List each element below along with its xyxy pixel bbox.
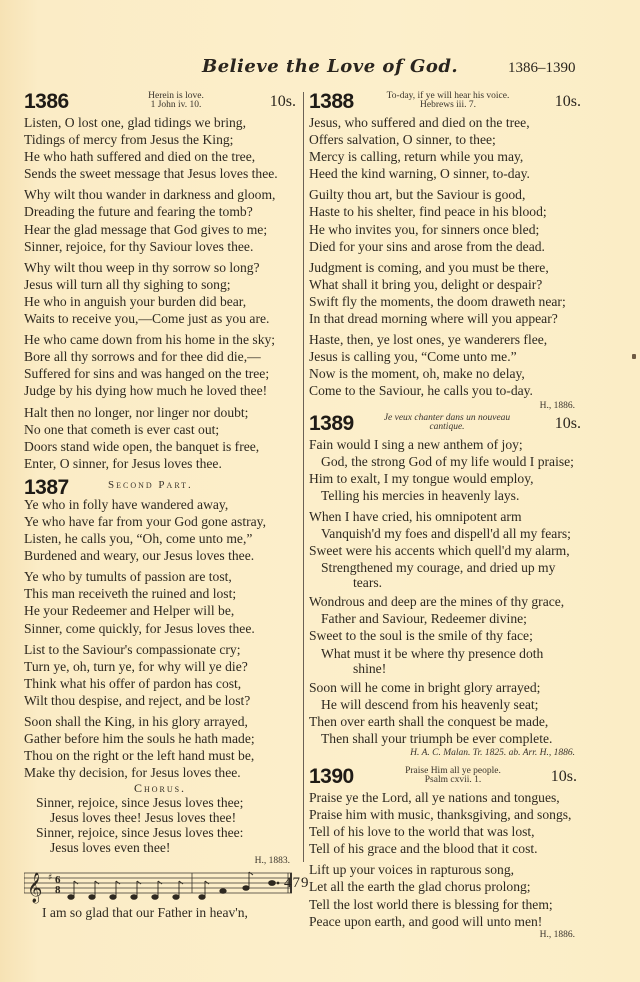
verse-line: Guilty thou art, but the Saviour is good… — [309, 186, 591, 203]
chorus-label: Chorus. — [24, 781, 296, 795]
verse-line-turnover: shine! — [309, 662, 591, 675]
hymn-number: 1386 — [24, 90, 69, 114]
verse-line: He who in anguish your burden did bear, — [24, 293, 296, 310]
verse-line: Hear the glad message that God gives to … — [24, 221, 296, 238]
verse-line: Why wilt thou weep in thy sorrow so long… — [24, 259, 296, 276]
meter: 10s. — [555, 415, 581, 433]
hymn-1388: 1388 To-day, if ye will hear his voice. … — [309, 90, 591, 412]
chorus: Sinner, rejoice, since Jesus loves thee;… — [24, 795, 296, 855]
verse-line: Now is the moment, oh, make no delay, — [309, 365, 591, 382]
verse-line: Offers salvation, O sinner, to thee; — [309, 131, 591, 148]
hymn-credit: H., 1883. — [24, 855, 296, 867]
verse-line: Soon shall the King, in his glory arraye… — [24, 713, 296, 730]
verse-line: God, the strong God of my life would I p… — [309, 453, 591, 470]
hymn-header: 1386 Herein is love. 1 John iv. 10. 10s. — [24, 90, 296, 114]
running-head: Believe the Love of God. 1386–1390 — [0, 54, 640, 84]
verse-line: Listen, O lost one, glad tidings we brin… — [24, 114, 296, 131]
verse-line: Suffered for sins and was hanged on the … — [24, 365, 296, 382]
verse-line: He who came down from his home in the sk… — [24, 331, 296, 348]
verse-line: Burdened and weary, our Jesus loves thee… — [24, 547, 296, 564]
hymn-1387: 1387 Second Part. Ye who in folly have w… — [24, 476, 296, 922]
verse-line: Make thy decision, for Jesus loves thee. — [24, 764, 296, 781]
stanza: When I have cried, his omnipotent arm Va… — [309, 508, 591, 589]
music-incipit: 𝄞 ♯ 6 8 — [24, 869, 296, 905]
hymn-number: 1387 — [24, 476, 69, 500]
verse-line: Soon will he come in bright glory arraye… — [309, 679, 591, 696]
verse-line: Telling his mercies in heavenly lays. — [309, 487, 591, 504]
verse-line: Sends the sweet message that Jesus loves… — [24, 165, 296, 182]
svg-text:𝄞: 𝄞 — [27, 872, 42, 904]
left-column: 1386 Herein is love. 1 John iv. 10. 10s.… — [24, 90, 296, 921]
verse-line: List to the Saviour's compassionate cry; — [24, 641, 296, 658]
verse-line: Wilt thou despise, and reject, and be lo… — [24, 692, 296, 709]
verse-line: Waits to receive you,—Come just as you a… — [24, 310, 296, 327]
verse-ref: Hebrews iii. 7. — [363, 101, 533, 110]
stanza: Praise ye the Lord, all ye nations and t… — [309, 789, 591, 857]
verse-line: Father and Saviour, Redeemer divine; — [309, 610, 591, 627]
verse-line: He who hath suffered and died on the tre… — [24, 148, 296, 165]
verse-line: This man receiveth the ruined and lost; — [24, 585, 296, 602]
verse-line: Praise him with music, thanksgiving, and… — [309, 806, 591, 823]
chorus-line: Sinner, rejoice, since Jesus loves thee: — [24, 825, 296, 840]
verse-line: No one that cometh is ever cast out; — [24, 421, 296, 438]
verse-line: Sinner, rejoice, for thy Saviour loves t… — [24, 238, 296, 255]
verse-line: Gather before him the souls he hath made… — [24, 730, 296, 747]
scripture-reference: To-day, if ye will hear his voice. Hebre… — [363, 92, 533, 110]
verse-line: When I have cried, his omnipotent arm — [309, 508, 591, 525]
verse-line: Heed the kind warning, O sinner, to-day. — [309, 165, 591, 182]
verse-line: Why wilt thou wander in darkness and glo… — [24, 186, 296, 203]
verse-line: Turn ye, oh, turn ye, for why will ye di… — [24, 658, 296, 675]
verse-ref: cantique. — [367, 423, 527, 432]
hymn-range: 1386–1390 — [508, 60, 576, 77]
hymn-number: 1389 — [309, 412, 354, 436]
verse-line: Come to the Saviour, he calls you to-day… — [309, 382, 591, 399]
verse-line: Sweet to the soul is the smile of thy fa… — [309, 627, 591, 644]
running-title: Believe the Love of God. — [202, 56, 458, 77]
verse-line: Jesus is calling you, “Come unto me.” — [309, 348, 591, 365]
svg-text:8: 8 — [55, 884, 61, 896]
stanza: Jesus, who suffered and died on the tree… — [309, 114, 591, 182]
verse-line: He your Redeemer and Helper will be, — [24, 602, 296, 619]
verse-line: What must it be where thy presence doth — [309, 645, 591, 662]
verse-line: Sweet were his accents which quell'd my … — [309, 542, 591, 559]
chorus-line: Jesus loves thee! Jesus loves thee! — [24, 810, 296, 825]
chorus-line: Sinner, rejoice, since Jesus loves thee; — [24, 795, 296, 810]
verse-line: Let all the earth the glad chorus prolon… — [309, 878, 591, 895]
hymn-credit: H. A. C. Malan. Tr. 1825. ab. Arr. H., 1… — [309, 747, 591, 759]
stanza: Ye who in folly have wandered away, Ye w… — [24, 496, 296, 564]
verse-line: Swift fly the moments, the doom draweth … — [309, 293, 591, 310]
verse-line: Sinner, come quickly, for Jesus loves th… — [24, 620, 296, 637]
verse-line: Ye who by tumults of passion are tost, — [24, 568, 296, 585]
verse-line: Wondrous and deep are the mines of thy g… — [309, 593, 591, 610]
stanza: Ye who by tumults of passion are tost, T… — [24, 568, 296, 636]
verse-ref: Psalm cxvii. 1. — [383, 776, 523, 785]
verse-line: Vanquish'd my foes and dispell'd all my … — [309, 525, 591, 542]
page-number: 479 — [284, 875, 310, 892]
stanza: Guilty thou art, but the Saviour is good… — [309, 186, 591, 254]
music-staff-icon: 𝄞 ♯ 6 8 — [24, 869, 296, 905]
verse-line: Listen, he calls you, “Oh, come unto me,… — [24, 530, 296, 547]
hymn-header: 1388 To-day, if ye will hear his voice. … — [309, 90, 591, 114]
verse-line-turnover: tears. — [309, 576, 591, 589]
verse-line: Strengthened my courage, and dried up my — [309, 559, 591, 576]
verse-line: What shall it bring you, delight or desp… — [309, 276, 591, 293]
verse-line: Then shall your triumph be ever complete… — [309, 730, 591, 747]
hymn-subtitle: Second Part. — [108, 481, 193, 490]
stanza: List to the Saviour's compassionate cry;… — [24, 641, 296, 709]
verse-line: He will descend from his heavenly seat; — [309, 696, 591, 713]
hymn-header: 1389 Je veux chanter dans un nouveau can… — [309, 412, 591, 436]
stanza: He who came down from his home in the sk… — [24, 331, 296, 399]
verse-line: He who invites you, for sinners once ble… — [309, 221, 591, 238]
verse-line: Think what his offer of pardon has cost, — [24, 675, 296, 692]
stanza: Soon will he come in bright glory arraye… — [309, 679, 591, 747]
scripture-reference: Herein is love. 1 John iv. 10. — [106, 92, 246, 110]
music-lyric: I am so glad that our Father in heav'n, — [24, 905, 296, 921]
stanza: Haste, then, ye lost ones, ye wanderers … — [309, 331, 591, 399]
stanza: Why wilt thou wander in darkness and glo… — [24, 186, 296, 254]
stanza: Lift up your voices in rapturous song, L… — [309, 861, 591, 929]
stanza: Soon shall the King, in his glory arraye… — [24, 713, 296, 781]
right-column: 1388 To-day, if ye will hear his voice. … — [309, 90, 591, 940]
column-divider — [303, 92, 304, 862]
verse-line: Haste to his shelter, find peace in his … — [309, 203, 591, 220]
verse-line: Thou on the right or the left hand must … — [24, 747, 296, 764]
verse-line: Lift up your voices in rapturous song, — [309, 861, 591, 878]
verse-line: Tidings of mercy from Jesus the King; — [24, 131, 296, 148]
scripture-reference: Je veux chanter dans un nouveau cantique… — [367, 414, 527, 432]
verse-line: Peace upon earth, and good will unto men… — [309, 913, 591, 930]
verse-line: Him to exalt, I my tongue would employ, — [309, 470, 591, 487]
verse-line: Ye who have far from your God gone astra… — [24, 513, 296, 530]
hymn-credit: H., 1886. — [309, 400, 591, 412]
verse-line: Jesus, who suffered and died on the tree… — [309, 114, 591, 131]
stanza: Listen, O lost one, glad tidings we brin… — [24, 114, 296, 182]
hymn-header: 1387 Second Part. — [24, 476, 296, 496]
verse-line: Tell the lost world there is blessing fo… — [309, 896, 591, 913]
chorus-line: Jesus loves even thee! — [24, 840, 296, 855]
stanza: Judgment is coming, and you must be ther… — [309, 259, 591, 327]
verse-line: In that dread morning where will you app… — [309, 310, 591, 327]
verse-line: Praise ye the Lord, all ye nations and t… — [309, 789, 591, 806]
verse-line: Tell of his grace and the blood that it … — [309, 840, 591, 857]
verse-line: Dreading the future and fearing the tomb… — [24, 203, 296, 220]
verse-line: Jesus will turn all thy sighing to song; — [24, 276, 296, 293]
hymn-credit: H., 1886. — [309, 930, 591, 940]
verse-line: Fain would I sing a new anthem of joy; — [309, 436, 591, 453]
meter: 10s. — [551, 768, 577, 786]
stanza: Why wilt thou weep in thy sorrow so long… — [24, 259, 296, 327]
hymn-number: 1390 — [309, 765, 354, 789]
verse-line: Tell of his love to the world that was l… — [309, 823, 591, 840]
verse-line: Doors stand wide open, the banquet is fr… — [24, 438, 296, 455]
svg-text:♯: ♯ — [48, 873, 52, 883]
stanza: Halt then no longer, nor linger nor doub… — [24, 404, 296, 472]
verse-line: Halt then no longer, nor linger nor doub… — [24, 404, 296, 421]
meter: 10s. — [555, 93, 581, 111]
verse-line: Enter, O sinner, for Jesus loves thee. — [24, 455, 296, 472]
verse-line: Died for your sins and arose from the de… — [309, 238, 591, 255]
stanza: Fain would I sing a new anthem of joy; G… — [309, 436, 591, 504]
verse-line: Judgment is coming, and you must be ther… — [309, 259, 591, 276]
verse-line: Bore all thy sorrows and for thee did di… — [24, 348, 296, 365]
verse-line: Mercy is calling, return while you may, — [309, 148, 591, 165]
hymn-number: 1388 — [309, 90, 354, 114]
verse-line: Haste, then, ye lost ones, ye wanderers … — [309, 331, 591, 348]
verse-line: Judge by his dying how much he loved the… — [24, 382, 296, 399]
hymn-1386: 1386 Herein is love. 1 John iv. 10. 10s.… — [24, 90, 296, 472]
hymnal-page: Believe the Love of God. 1386–1390 1386 … — [0, 0, 640, 982]
hymn-1389: 1389 Je veux chanter dans un nouveau can… — [309, 412, 591, 760]
stanza: Wondrous and deep are the mines of thy g… — [309, 593, 591, 674]
paper-speck — [632, 354, 636, 359]
hymn-1390: 1390 Praise Him all ye people. Psalm cxv… — [309, 765, 591, 940]
meter: 10s. — [270, 93, 296, 111]
hymn-header: 1390 Praise Him all ye people. Psalm cxv… — [309, 765, 591, 789]
scripture-reference: Praise Him all ye people. Psalm cxvii. 1… — [383, 767, 523, 785]
verse-line: Then over earth shall the conquest be ma… — [309, 713, 591, 730]
verse-ref: 1 John iv. 10. — [106, 101, 246, 110]
